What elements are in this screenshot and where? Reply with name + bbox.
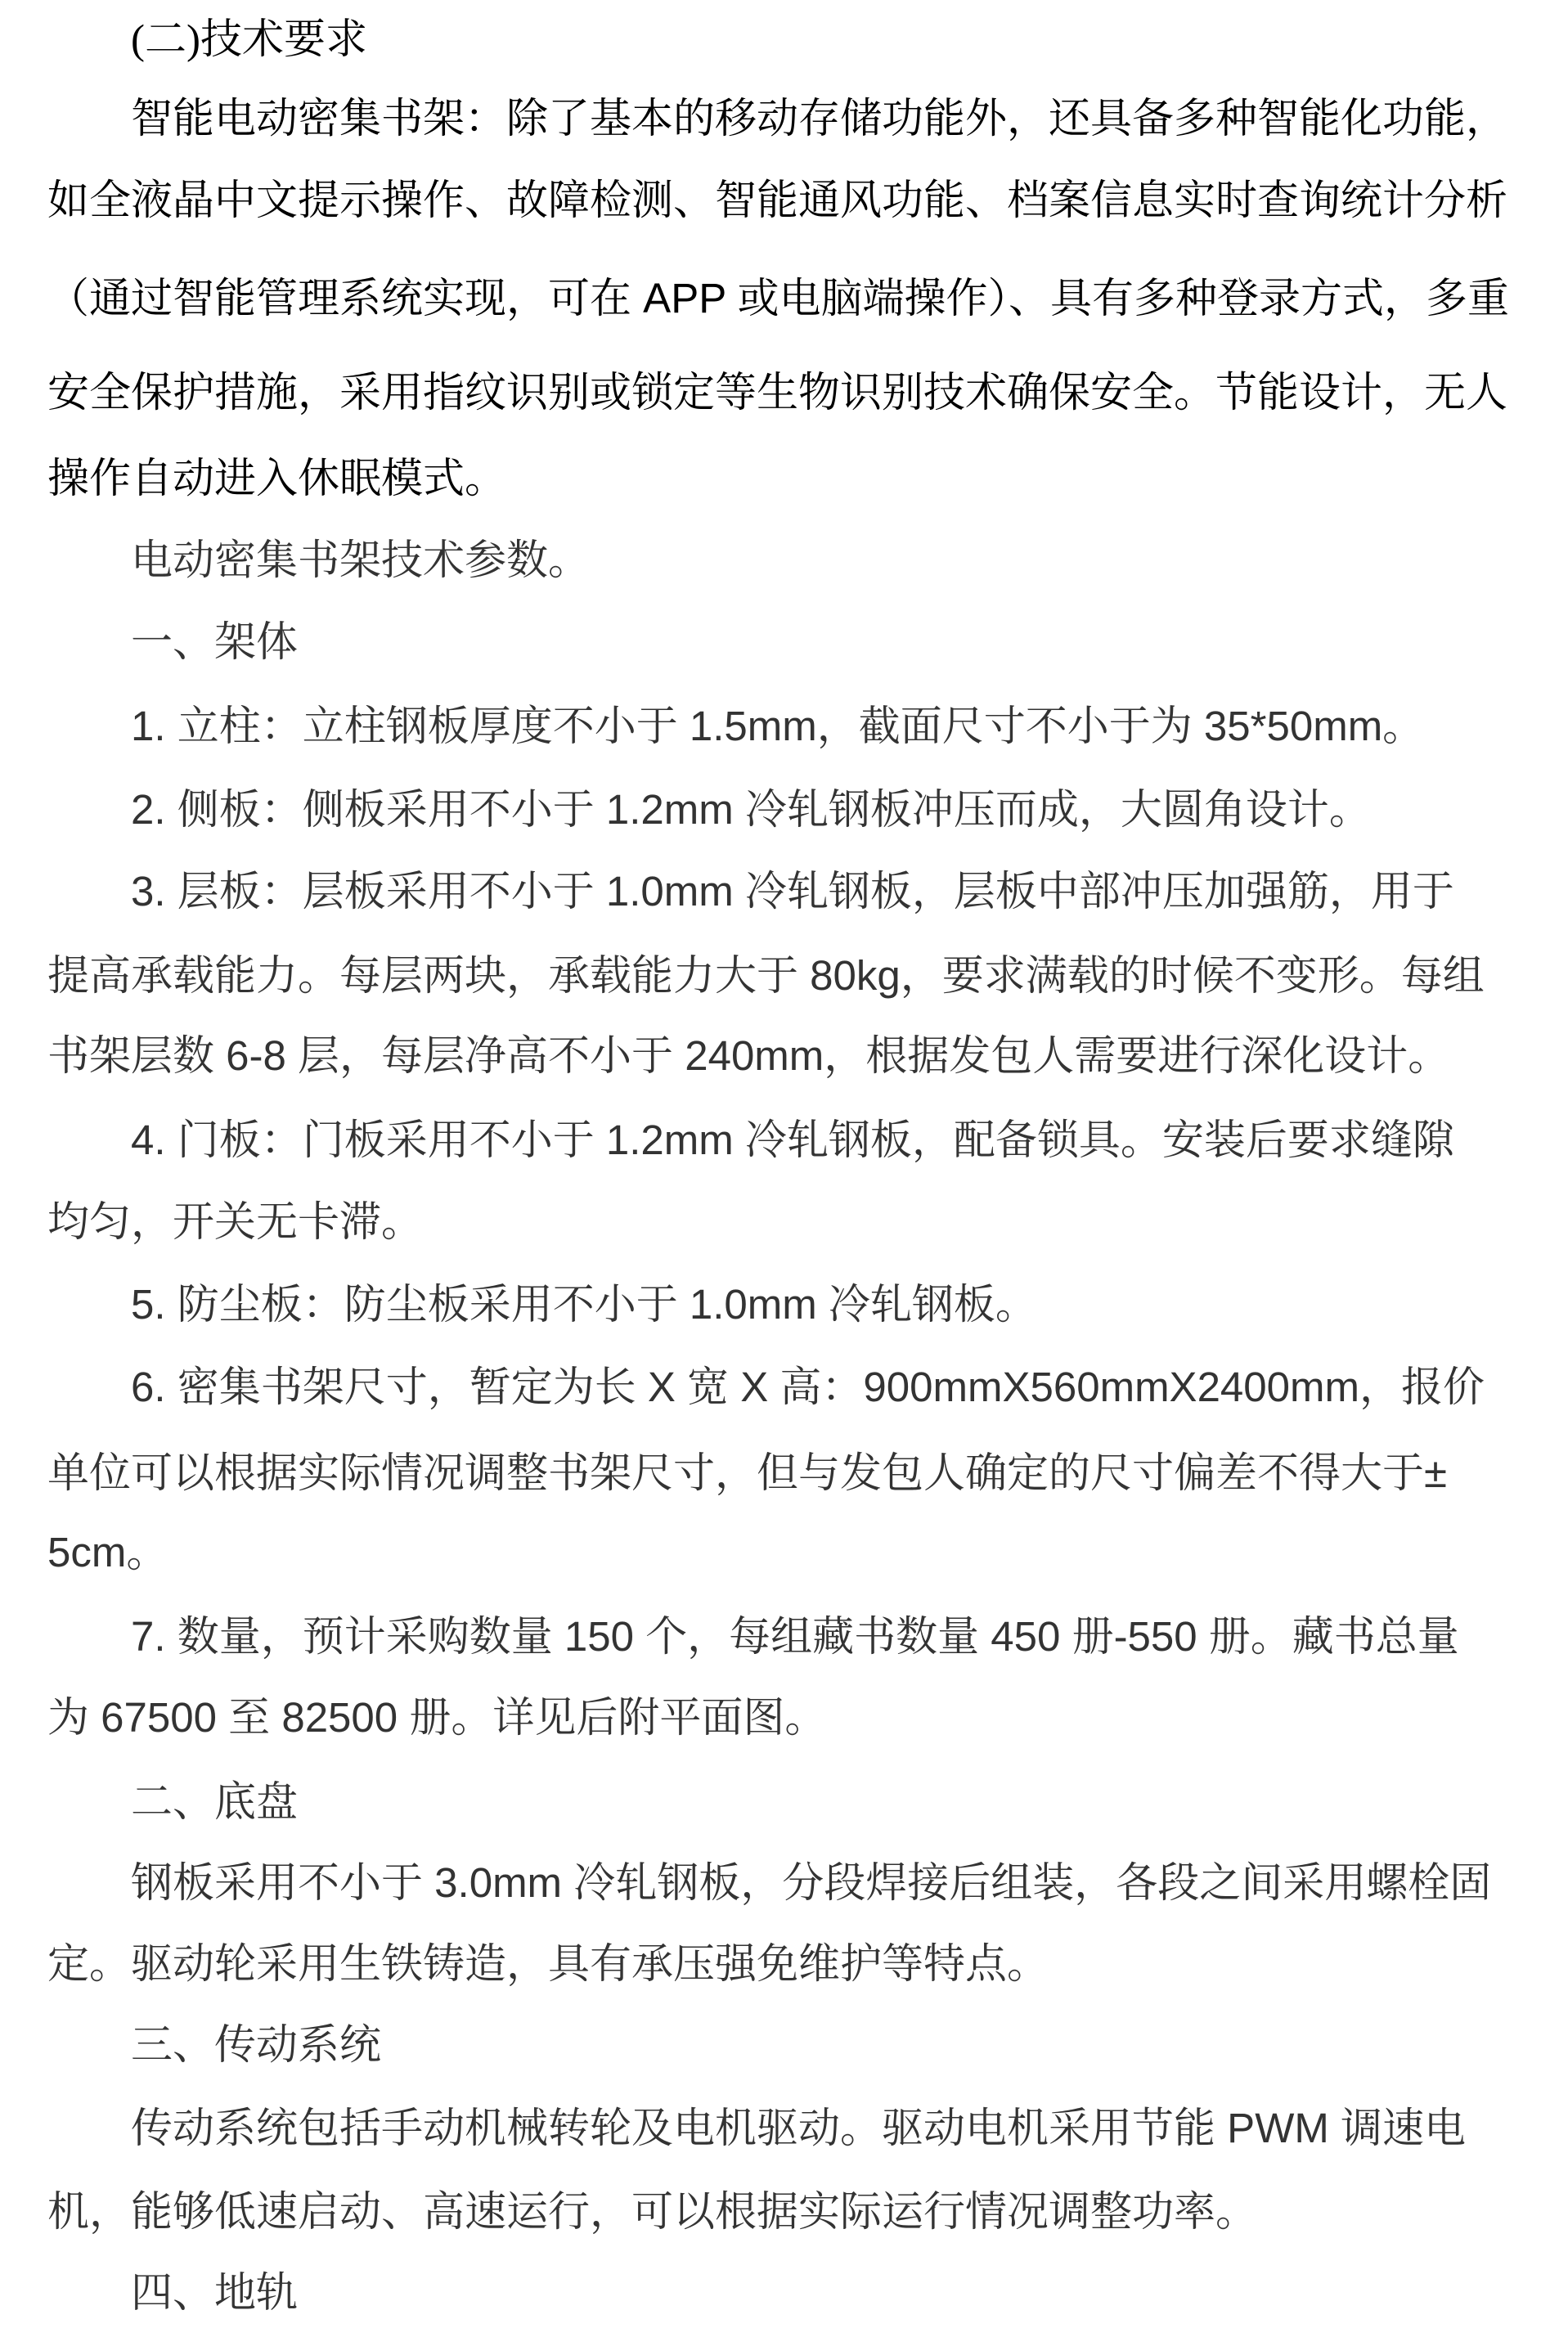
spec-line: 书架层数 6-8 层，每层净高不小于 240mm，根据发包人需要进行深化设计。 xyxy=(47,1031,1449,1081)
spec-line: 为 67500 至 82500 册。详见后附平面图。 xyxy=(47,1693,826,1742)
paragraph-line: 钢板采用不小于 3.0mm 冷轧钢板，分段焊接后组装，各段之间采用螺栓固 xyxy=(131,1858,1491,1908)
paragraph-line: 传动系统包括手动机械转轮及电机驱动。驱动电机采用节能 PWM 调速电 xyxy=(131,2104,1466,2153)
spec-line: 提高承载能力。每层两块，承载能力大于 80kg，要求满载的时候不变形。每组 xyxy=(47,951,1485,1000)
spec-line: 均匀，开关无卡滞。 xyxy=(47,1198,423,1247)
spec-line: 3. 层板：层板采用不小于 1.0mm 冷轧钢板，层板中部冲压加强筋，用于 xyxy=(131,867,1454,916)
spec-line: 单位可以根据实际情况调整书架尺寸，但与发包人确定的尺寸偏差不得大于± xyxy=(47,1449,1447,1498)
paragraph-line: （通过智能管理系统实现，可在 APP 或电脑端操作）、具有多种登录方式，多重 xyxy=(47,274,1509,323)
paragraph-line: 如全液晶中文提示操作、故障检测、智能通风功能、档案信息实时查询统计分析 xyxy=(47,176,1507,225)
paragraph-line: 智能电动密集书架：除了基本的移动存储功能外，还具备多种智能化功能， xyxy=(131,94,1507,143)
paragraph-line: 定。驱动轮采用生铁铸造，具有承压强免维护等特点。 xyxy=(47,1939,1049,1989)
spec-line: 2. 侧板：侧板采用不小于 1.2mm 冷轧钢板冲压而成，大圆角设计。 xyxy=(131,785,1371,834)
section-heading: (二)技术要求 xyxy=(131,16,367,65)
spec-line: 7. 数量，预计采购数量 150 个，每组藏书数量 450 册-550 册。藏书… xyxy=(131,1612,1459,1661)
paragraph-line: 操作自动进入休眠模式。 xyxy=(47,454,506,503)
section-title: 一、架体 xyxy=(131,618,298,667)
spec-line: 4. 门板：门板采用不小于 1.2mm 冷轧钢板，配备锁具。安装后要求缝隙 xyxy=(131,1116,1454,1165)
spec-line: 6. 密集书架尺寸，暂定为长 X 宽 X 高：900mmX560mmX2400m… xyxy=(131,1363,1485,1412)
paragraph-line: 机，能够低速启动、高速运行，可以根据实际运行情况调整功率。 xyxy=(47,2187,1257,2236)
spec-line: 1. 立柱：立柱钢板厚度不小于 1.5mm，截面尺寸不小于为 35*50mm。 xyxy=(131,702,1424,751)
section-title: 三、传动系统 xyxy=(131,2020,381,2070)
section-title: 四、地轨 xyxy=(131,2268,298,2317)
spec-line: 5cm。 xyxy=(47,1528,168,1577)
document-page: (二)技术要求 智能电动密集书架：除了基本的移动存储功能外，还具备多种智能化功能… xyxy=(0,0,1568,2337)
paragraph-line: 安全保护措施，采用指纹识别或锁定等生物识别技术确保安全。节能设计，无人 xyxy=(47,368,1507,417)
section-title: 二、底盘 xyxy=(131,1777,298,1827)
params-title: 电动密集书架技术参数。 xyxy=(131,536,590,585)
spec-line: 5. 防尘板：防尘板采用不小于 1.0mm 冷轧钢板。 xyxy=(131,1280,1037,1329)
